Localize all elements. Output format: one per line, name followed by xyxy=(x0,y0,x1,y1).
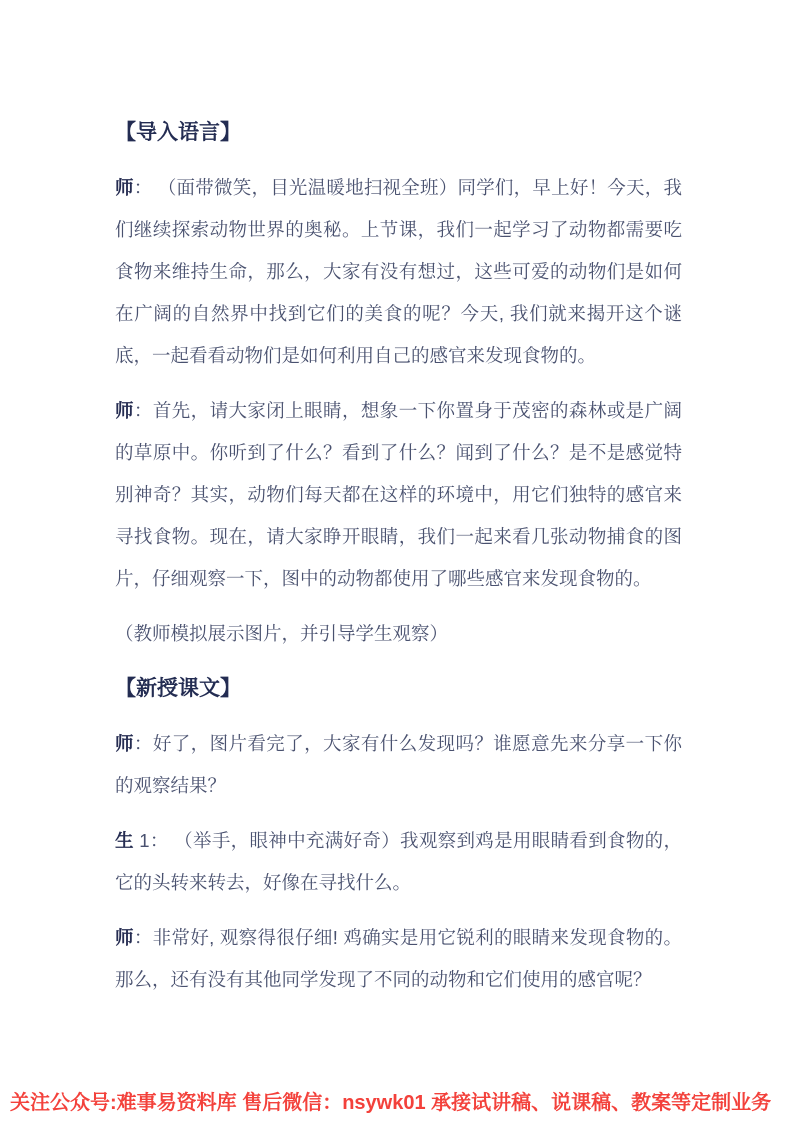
dialogue-text: ：好了，图片看完了，大家有什么发现吗？谁愿意先来分享一下你的观察结果？ xyxy=(115,733,682,796)
speaker-label-teacher: 师 xyxy=(115,177,134,198)
speaker-label-teacher: 师 xyxy=(115,733,134,754)
dialogue-text: ：非常好, 观察得很仔细! 鸡确实是用它锐利的眼睛来发现食物的。那么，还有没有其… xyxy=(115,927,682,990)
speaker-label-teacher: 师 xyxy=(115,400,134,421)
student-paragraph-1: 生 1： （举手，眼神中充满好奇）我观察到鸡是用眼睛看到食物的，它的头转来转去，… xyxy=(115,820,682,904)
speaker-label-student: 生 xyxy=(115,830,134,851)
lesson-script-body: 【导入语言】 师： （面带微笑，目光温暖地扫视全班）同学们，早上好！今天，我们继… xyxy=(115,112,682,1001)
section-heading-intro: 【导入语言】 xyxy=(115,112,682,154)
teacher-paragraph-1: 师： （面带微笑，目光温暖地扫视全班）同学们，早上好！今天，我们继续探索动物世界… xyxy=(115,167,682,377)
document-page: 【导入语言】 师： （面带微笑，目光温暖地扫视全班）同学们，早上好！今天，我们继… xyxy=(0,0,793,1122)
speaker-label-teacher: 师 xyxy=(115,927,134,948)
teacher-paragraph-2: 师：首先，请大家闭上眼睛，想象一下你置身于茂密的森林或是广阔的草原中。你听到了什… xyxy=(115,390,682,600)
dialogue-text: ： （面带微笑，目光温暖地扫视全班）同学们，早上好！今天，我们继续探索动物世界的… xyxy=(115,177,682,366)
stage-direction-text: （教师模拟展示图片，并引导学生观察） xyxy=(115,623,448,644)
dialogue-text: ：首先，请大家闭上眼睛，想象一下你置身于茂密的森林或是广阔的草原中。你听到了什么… xyxy=(115,400,682,589)
teacher-paragraph-4: 师：非常好, 观察得很仔细! 鸡确实是用它锐利的眼睛来发现食物的。那么，还有没有… xyxy=(115,917,682,1001)
section-heading-new-lesson: 【新授课文】 xyxy=(115,668,682,710)
promo-watermark-footer: 关注公众号:难事易资料库 售后微信：nsywk01 承接试讲稿、说课稿、教案等定… xyxy=(10,1090,790,1116)
teacher-paragraph-3: 师：好了，图片看完了，大家有什么发现吗？谁愿意先来分享一下你的观察结果？ xyxy=(115,723,682,807)
stage-direction: （教师模拟展示图片，并引导学生观察） xyxy=(115,613,682,655)
promo-footer-text: 关注公众号:难事易资料库 售后微信：nsywk01 承接试讲稿、说课稿、教案等定… xyxy=(10,1092,771,1114)
dialogue-text: 1： （举手，眼神中充满好奇）我观察到鸡是用眼睛看到食物的，它的头转来转去，好像… xyxy=(115,830,682,893)
